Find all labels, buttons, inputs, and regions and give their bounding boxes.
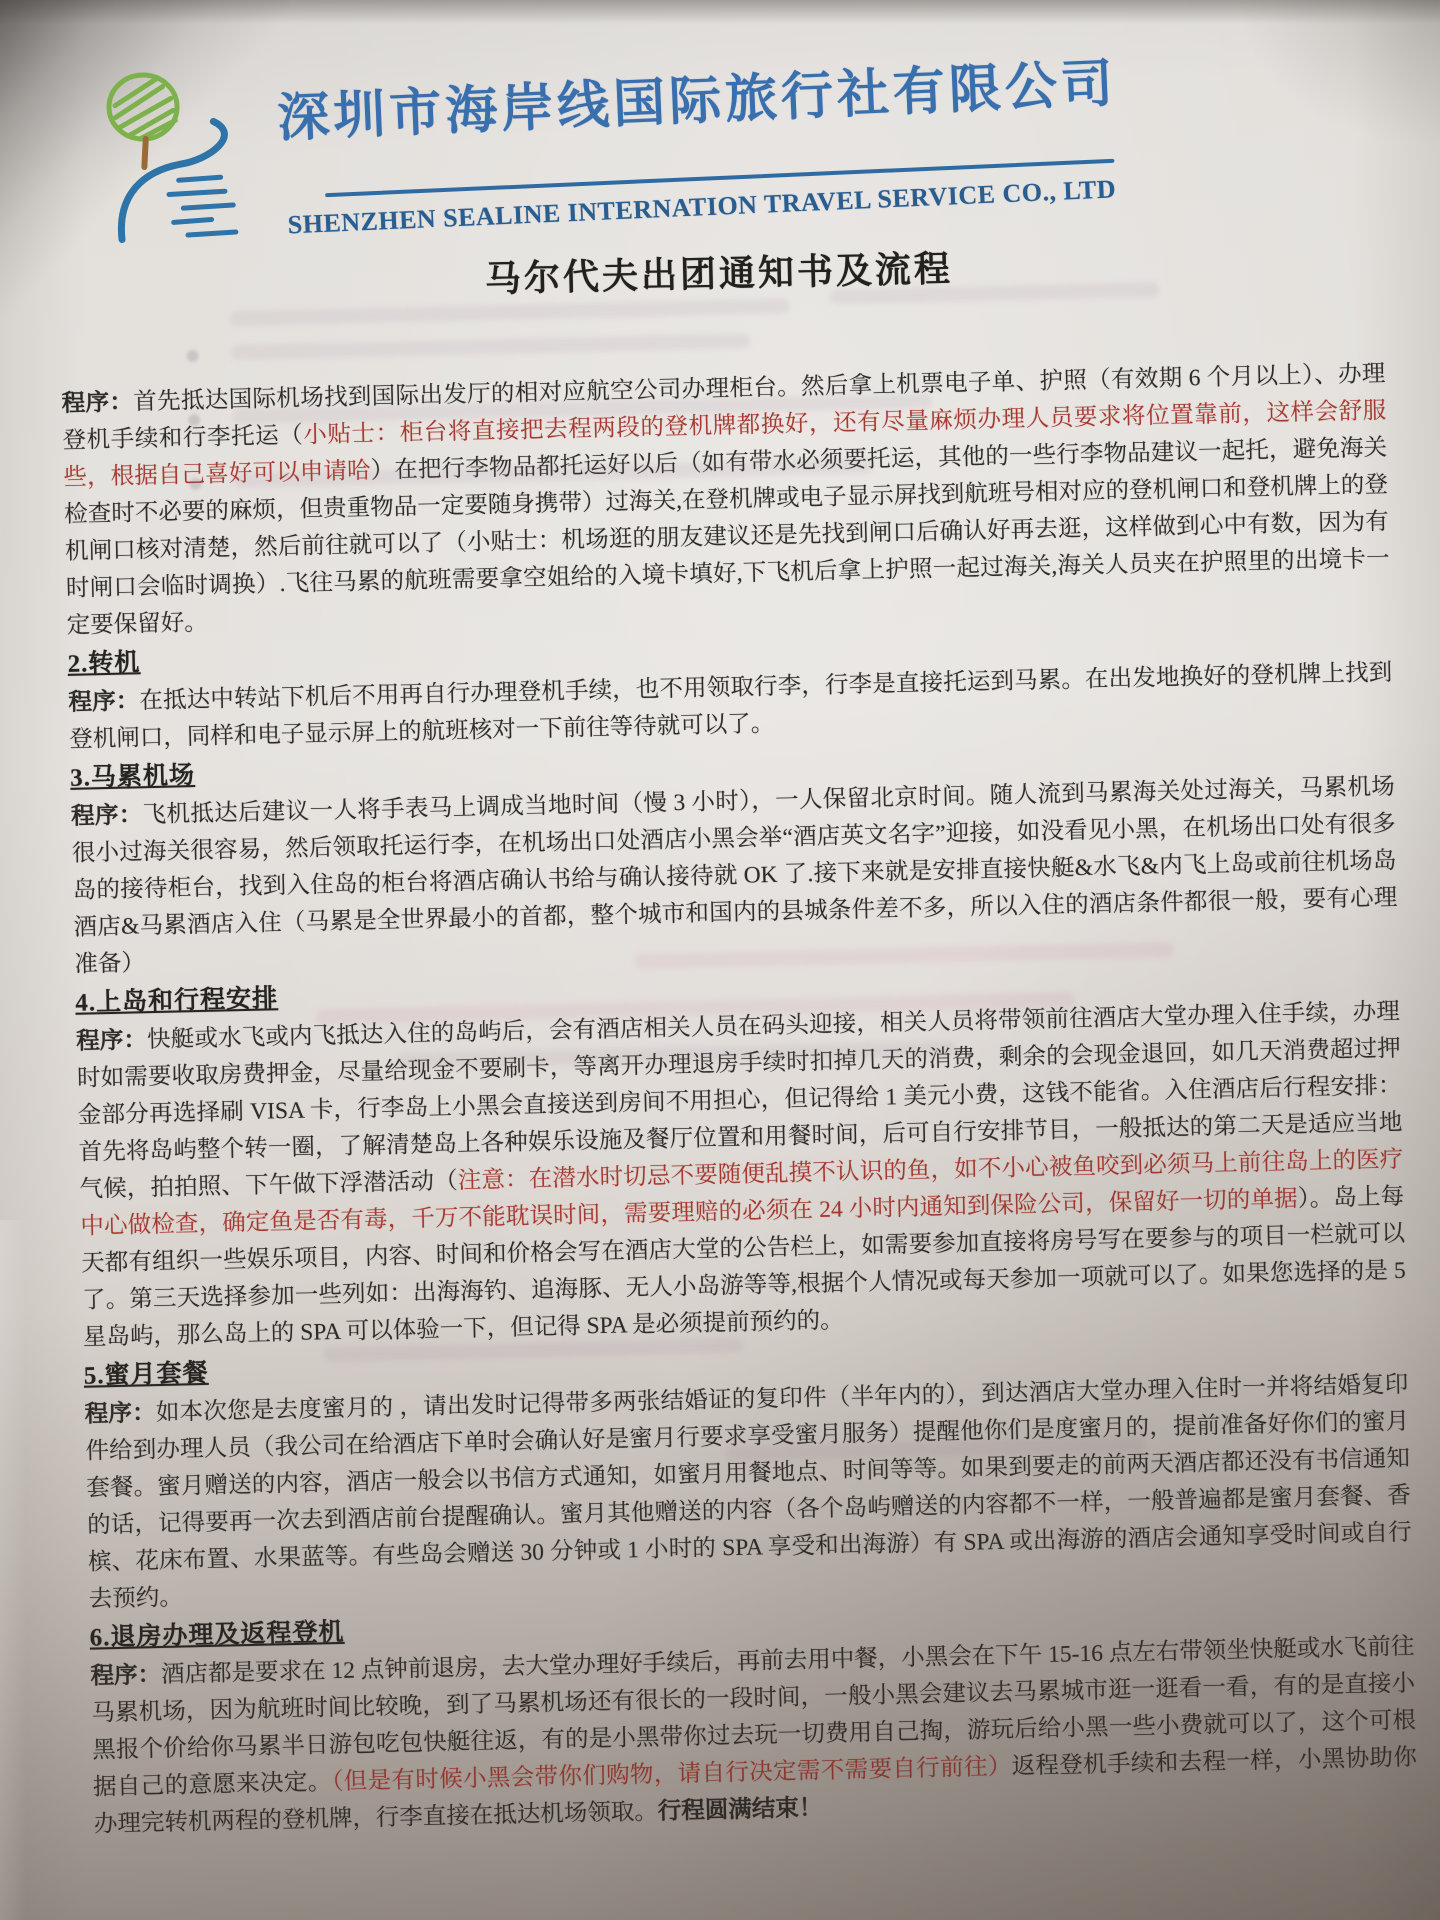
document-section: 6.退房办理及返程登机程序：酒店都是要求在 12 点钟前退房，去大堂办理好手续后… bbox=[89, 1589, 1418, 1844]
page: 深圳市海岸线国际旅行社有限公司 SHENZHEN SEALINE INTERNA… bbox=[0, 0, 1440, 1845]
water-dashes bbox=[169, 177, 236, 235]
text-segment-bold: 程序： bbox=[84, 1400, 156, 1428]
text-segment-bold: 行程圆满结束！ bbox=[658, 1795, 823, 1825]
text-segment-bold: 程序： bbox=[61, 389, 133, 417]
text-segment-bold: 程序： bbox=[71, 802, 143, 830]
text-segment-bold: 程序： bbox=[68, 688, 140, 716]
text-segment-bold: 程序： bbox=[90, 1662, 161, 1690]
company-name-en: SHENZHEN SEALINE INTERNATION TRAVEL SERV… bbox=[287, 174, 1114, 240]
ghost-text-artifact bbox=[230, 333, 750, 360]
text-segment-normal: 如本次您是去度蜜月的 ，请出发时记得带多两张结婚证的复印件（半年内的），到达酒店… bbox=[85, 1372, 1412, 1613]
section-paragraph: 程序：如本次您是去度蜜月的 ，请出发时记得带多两张结婚证的复印件（半年内的），到… bbox=[84, 1367, 1413, 1619]
text-segment-normal: 飞机抵达后建议一人将手表马上调成当地时间（慢 3 小时），一人保留北京时间。随人… bbox=[72, 774, 1398, 978]
section-paragraph: 程序：酒店都是要求在 12 点钟前退房，去大堂办理好手续后，再前去用中餐，小黑会… bbox=[90, 1629, 1418, 1844]
letterhead: 深圳市海岸线国际旅行社有限公司 SHENZHEN SEALINE INTERNA… bbox=[0, 0, 1438, 248]
ghost-bullet-artifact bbox=[187, 350, 199, 362]
text-segment-red: （但是有时候小黑会带你们购物，请自行决定需不需要自行前往） bbox=[331, 1754, 1012, 1795]
tree-trunk bbox=[144, 139, 147, 167]
company-name-zh: 深圳市海岸线国际旅行社有限公司 bbox=[276, 41, 1116, 151]
company-logo tree-wave-icon bbox=[80, 62, 274, 246]
document-section: 3.马累机场程序：飞机抵达后建议一人将手表马上调成当地时间（慢 3 小时），一人… bbox=[70, 729, 1399, 984]
document-photo: 深圳市海岸线国际旅行社有限公司 SHENZHEN SEALINE INTERNA… bbox=[0, 0, 1440, 1920]
document-section: 5.蜜月套餐程序：如本次您是去度蜜月的 ，请出发时记得带多两张结婚证的复印件（半… bbox=[83, 1327, 1413, 1619]
document-body: 程序：首先抵达国际机场找到国际出发厅的相对应航空公司办理柜台。然后拿上机票电子单… bbox=[61, 356, 1418, 1844]
text-segment-bold: 程序： bbox=[76, 1027, 148, 1055]
